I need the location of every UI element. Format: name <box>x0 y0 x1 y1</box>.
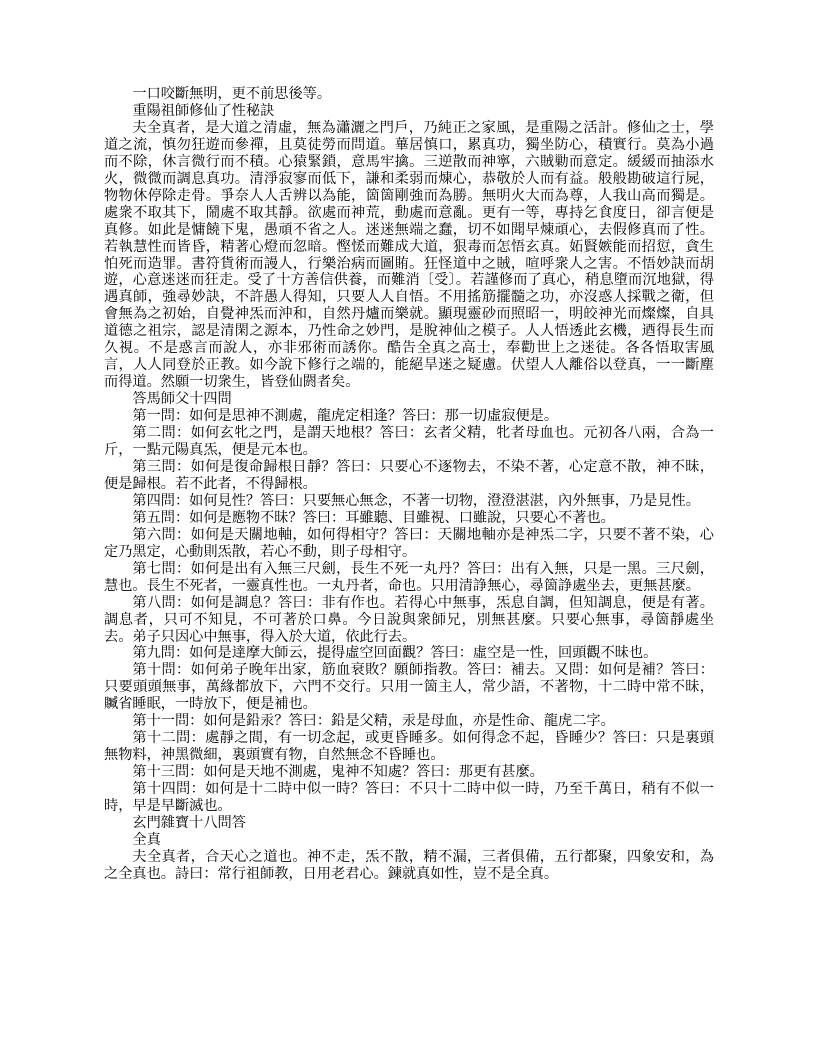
paragraph: 第九問：如何是達摩大師云，提得虛空回面觀？答曰：虛空是一性，回頭觀不昧也。 <box>104 645 714 662</box>
paragraph: 玄門雜寶十八問答 <box>104 815 714 832</box>
paragraph: 第十三問：如何是天地不測處，鬼神不知處？答曰：那更有甚麼。 <box>104 764 714 781</box>
paragraph: 夫全真者，合天心之道也。神不走，炁不散，精不漏，三者俱備，五行都聚，四象安和，為… <box>104 849 714 883</box>
paragraph: 一口咬斷無明，更不前思後等。 <box>104 86 714 103</box>
paragraph: 第十四問：如何是十二時中似一時？答曰：不只十二時中似一時，乃至千萬日，稍有不似一… <box>104 781 714 815</box>
paragraph: 答馬師父十四問 <box>104 391 714 408</box>
paragraph: 第五問：如何是應物不昧？答曰：耳雖聽、目雖視、口雖說，只要心不著也。 <box>104 510 714 527</box>
paragraph: 第八問：如何是調息？答曰：非有作也。若得心中無事，炁息自調，但知調息，便是有著。… <box>104 595 714 646</box>
paragraph: 第一問：如何是思神不測處，龍虎定相逢？答曰：那一切虛寂便是。 <box>104 408 714 425</box>
paragraph: 第七問：如何是出有入無三尺劍，長生不死一丸丹？答曰：出有入無，只是一黑。三尺劍，… <box>104 561 714 595</box>
paragraph: 重陽祖師修仙了性秘訣 <box>104 103 714 120</box>
paragraph: 第四問：如何見性？答曰：只要無心無念，不著一切物，澄澄湛湛，內外無事，乃是見性。 <box>104 493 714 510</box>
paragraph: 夫全真者，是大道之清虛，無為瀟灑之門戶，乃純正之家風，是重陽之活計。修仙之士，學… <box>104 120 714 391</box>
document-page: 一口咬斷無明，更不前思後等。重陽祖師修仙了性秘訣夫全真者，是大道之清虛，無為瀟灑… <box>104 86 714 883</box>
paragraph: 第十二問：處靜之間，有一切念起，或更昏睡多。如何得念不起，昏睡少？答曰：只是裏頭… <box>104 730 714 764</box>
paragraph: 第二問：如何玄牝之門，是謂天地根？答曰：玄者父精，牝者母血也。元初各八兩，合為一… <box>104 425 714 459</box>
paragraph: 第三問：如何是復命歸根日靜？答曰：只要心不逐物去，不染不著，心定意不散，神不昧，… <box>104 459 714 493</box>
paragraph: 第六問：如何是天關地軸，如何得相守？答曰：天關地軸亦是神炁二字，只要不著不染，心… <box>104 527 714 561</box>
paragraph: 全真 <box>104 832 714 849</box>
paragraph: 第十一問：如何是鉛汞？答曰：鉛是父精，汞是母血，亦是性命、龍虎二字。 <box>104 713 714 730</box>
paragraph: 第十問：如何弟子晚年出家，筋血衰敗？願師指教。答曰：補去。又問：如何是補？答曰：… <box>104 662 714 713</box>
